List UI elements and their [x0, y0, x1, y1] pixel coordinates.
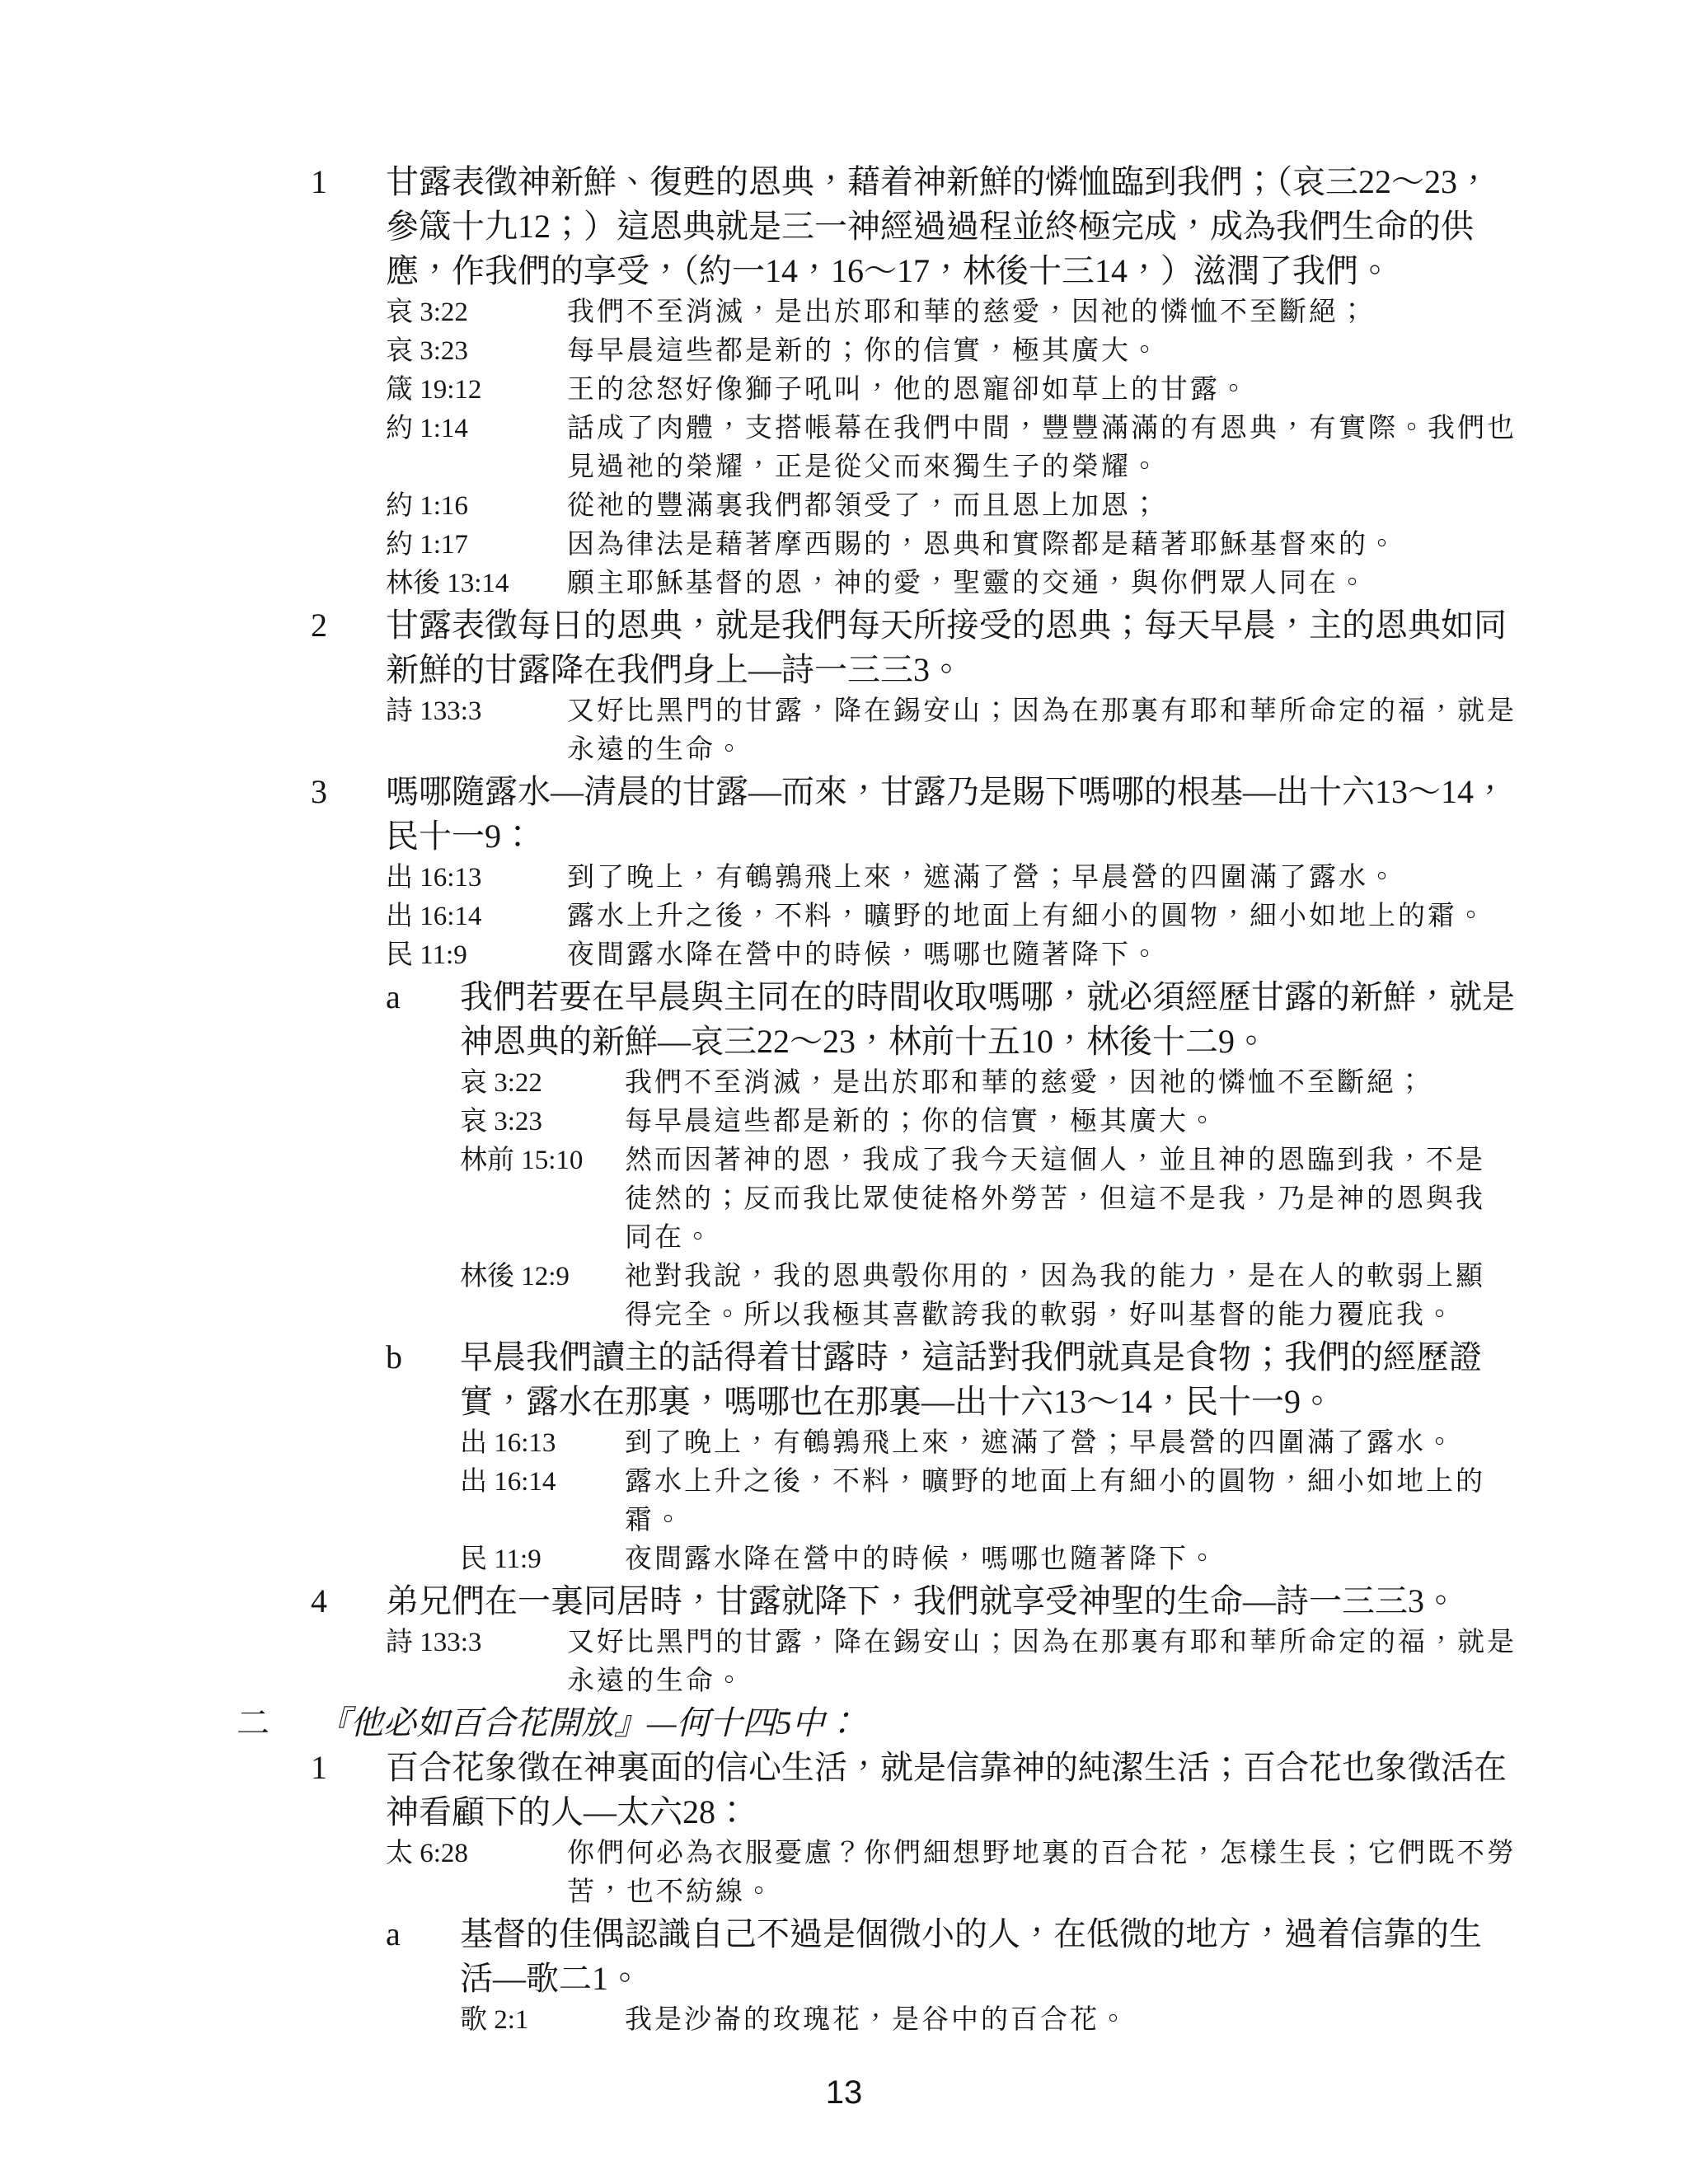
- verse-entry: 詩 133:3又好比黑門的甘露，降在錫安山；因為在那裏有耶和華所命定的福，就是永…: [0, 1624, 1688, 1701]
- text-line: 得完全。所以我極其喜歡誇我的軟弱，好叫基督的能力覆庇我。: [625, 1296, 1564, 1335]
- text-line: 神看顧下的人—太六28：: [386, 1790, 1564, 1835]
- text-line: 永遠的生命。: [567, 1662, 1564, 1701]
- verse-entry: 歌 2:1我是沙崙的玫瑰花，是谷中的百合花。: [0, 2001, 1688, 2040]
- text-line: 夜間露水降在營中的時候，嗎哪也隨著降下。: [567, 936, 1564, 975]
- verse-entry: 哀 3:22我們不至消滅，是出於耶和華的慈愛，因祂的憐恤不至斷絕；: [0, 1064, 1688, 1103]
- verse-entry: 哀 3:23每早晨這些都是新的；你的信實，極其廣大。: [0, 1103, 1688, 1141]
- verse-reference-label: 約 1:14: [386, 410, 468, 448]
- verse-reference-label: 哀 3:22: [386, 293, 468, 332]
- text-line: 每早晨這些都是新的；你的信實，極其廣大。: [625, 1103, 1564, 1141]
- text-line: 實，露水在那裏，嗎哪也在那裏—出十六13～14，民十一9。: [460, 1380, 1564, 1424]
- verse-entry: 出 16:13到了晚上，有鵪鶉飛上來，遮滿了營；早晨營的四圍滿了露水。: [0, 1424, 1688, 1463]
- verse-text: 然而因著神的恩，我成了我今天這個人，並且神的恩臨到我，不是徒然的；反而我比眾使徒…: [625, 1141, 1564, 1258]
- outline-item: 3嗎哪隨露水—清晨的甘露—而來，甘露乃是賜下嗎哪的根基—出十六13～14，民十一…: [0, 770, 1688, 859]
- verse-entry: 林後 13:14願主耶穌基督的恩，神的愛，聖靈的交通，與你們眾人同在。: [0, 565, 1688, 603]
- verse-reference-label: 歌 2:1: [460, 2001, 528, 2040]
- text-line: 又好比黑門的甘露，降在錫安山；因為在那裏有耶和華所命定的福，就是: [567, 692, 1564, 731]
- verse-text: 又好比黑門的甘露，降在錫安山；因為在那裏有耶和華所命定的福，就是永遠的生命。: [567, 692, 1564, 770]
- text-line: 從祂的豐滿裏我們都領受了，而且恩上加恩；: [567, 487, 1564, 526]
- verse-text: 露水上升之後，不料，曠野的地面上有細小的圓物，細小如地上的霜。: [625, 1463, 1564, 1540]
- verse-reference-label: 約 1:16: [386, 487, 468, 526]
- verse-reference-label: 哀 3:23: [386, 332, 468, 371]
- text-line: 同在。: [625, 1219, 1564, 1258]
- text-line: 話成了肉體，支搭帳幕在我們中間，豐豐滿滿的有恩典，有實際。我們也: [567, 410, 1564, 448]
- text-line: 見過祂的榮耀，正是從父而來獨生子的榮耀。: [567, 448, 1564, 487]
- verse-text: 願主耶穌基督的恩，神的愛，聖靈的交通，與你們眾人同在。: [567, 565, 1564, 603]
- text-line: 永遠的生命。: [567, 731, 1564, 770]
- verse-text: 每早晨這些都是新的；你的信實，極其廣大。: [567, 332, 1564, 371]
- verse-entry: 民 11:9夜間露水降在營中的時候，嗎哪也隨著降下。: [0, 936, 1688, 975]
- text-line: 甘露表徵每日的恩典，就是我們每天所接受的恩典；每天早晨，主的恩典如同: [386, 603, 1564, 648]
- text-line: 活—歌二1。: [460, 1957, 1564, 2001]
- text-line: 願主耶穌基督的恩，神的愛，聖靈的交通，與你們眾人同在。: [567, 565, 1564, 603]
- outline-item-text: 早晨我們讀主的話得着甘露時，這話對我們就真是食物；我們的經歷證實，露水在那裏，嗎…: [460, 1335, 1564, 1424]
- outline-item-marker: a: [386, 975, 401, 1019]
- text-line: 到了晚上，有鵪鶉飛上來，遮滿了營；早晨營的四圍滿了露水。: [567, 859, 1564, 898]
- verse-entry: 約 1:14話成了肉體，支搭帳幕在我們中間，豐豐滿滿的有恩典，有實際。我們也見過…: [0, 410, 1688, 487]
- verse-entry: 出 16:14露水上升之後，不料，曠野的地面上有細小的圓物，細小如地上的霜。: [0, 898, 1688, 936]
- verse-reference-label: 林後 13:14: [386, 565, 509, 603]
- verse-entry: 民 11:9夜間露水降在營中的時候，嗎哪也隨著降下。: [0, 1540, 1688, 1579]
- outline-item-text: 嗎哪隨露水—清晨的甘露—而來，甘露乃是賜下嗎哪的根基—出十六13～14，民十一9…: [386, 770, 1564, 859]
- text-line: 我們不至消滅，是出於耶和華的慈愛，因祂的憐恤不至斷絕；: [625, 1064, 1564, 1103]
- verse-reference-label: 出 16:14: [460, 1463, 556, 1502]
- verse-entry: 林前 15:10然而因著神的恩，我成了我今天這個人，並且神的恩臨到我，不是徒然的…: [0, 1141, 1688, 1258]
- outline-item-marker: 4: [311, 1579, 327, 1624]
- text-line: 你們何必為衣服憂慮？你們細想野地裏的百合花，怎樣生長；它們既不勞: [567, 1835, 1564, 1873]
- outline-item: a基督的佳偶認識自己不過是個微小的人，在低微的地方，過着信靠的生活—歌二1。: [0, 1912, 1688, 2001]
- outline-item-text: 弟兄們在一裏同居時，甘露就降下，我們就享受神聖的生命—詩一三三3。: [386, 1579, 1564, 1624]
- verse-text: 又好比黑門的甘露，降在錫安山；因為在那裏有耶和華所命定的福，就是永遠的生命。: [567, 1624, 1564, 1701]
- outline-item-marker: 1: [311, 1746, 327, 1790]
- text-line: 又好比黑門的甘露，降在錫安山；因為在那裏有耶和華所命定的福，就是: [567, 1624, 1564, 1662]
- verse-text: 到了晚上，有鵪鶉飛上來，遮滿了營；早晨營的四圍滿了露水。: [567, 859, 1564, 898]
- text-line: 霜。: [625, 1502, 1564, 1540]
- outline-item: 1甘露表徵神新鮮、復甦的恩典，藉着神新鮮的憐恤臨到我們；（哀三22～23，參箴十…: [0, 160, 1688, 293]
- verse-reference-label: 詩 133:3: [386, 692, 481, 731]
- outline-item-marker: 二: [237, 1701, 270, 1746]
- outline-item-marker: a: [386, 1912, 401, 1957]
- text-line: 應，作我們的享受，（約一14，16～17，林後十三14，）滋潤了我們。: [386, 249, 1564, 293]
- outline-item: 2甘露表徵每日的恩典，就是我們每天所接受的恩典；每天早晨，主的恩典如同新鮮的甘露…: [0, 603, 1688, 692]
- verse-entry: 哀 3:23每早晨這些都是新的；你的信實，極其廣大。: [0, 332, 1688, 371]
- outline-item: 1百合花象徵在神裏面的信心生活，就是信靠神的純潔生活；百合花也象徵活在神看顧下的…: [0, 1746, 1688, 1835]
- verse-entry: 出 16:14露水上升之後，不料，曠野的地面上有細小的圓物，細小如地上的霜。: [0, 1463, 1688, 1540]
- verse-reference-label: 出 16:13: [460, 1424, 556, 1463]
- verse-reference-label: 哀 3:23: [460, 1103, 542, 1141]
- outline-item: 4弟兄們在一裏同居時，甘露就降下，我們就享受神聖的生命—詩一三三3。: [0, 1579, 1688, 1624]
- outline-item-text: 『他必如百合花開放』—何十四5中：: [317, 1701, 1562, 1746]
- text-line: 因為律法是藉著摩西賜的，恩典和實際都是藉著耶穌基督來的。: [567, 526, 1564, 565]
- verse-text: 露水上升之後，不料，曠野的地面上有細小的圓物，細小如地上的霜。: [567, 898, 1564, 936]
- text-line: 每早晨這些都是新的；你的信實，極其廣大。: [567, 332, 1564, 371]
- verse-reference-label: 出 16:14: [386, 898, 481, 936]
- text-line: 早晨我們讀主的話得着甘露時，這話對我們就真是食物；我們的經歷證: [460, 1335, 1564, 1380]
- verse-entry: 哀 3:22我們不至消滅，是出於耶和華的慈愛，因祂的憐恤不至斷絕；: [0, 293, 1688, 332]
- verse-text: 祂對我說，我的恩典彀你用的，因為我的能力，是在人的軟弱上顯得完全。所以我極其喜歡…: [625, 1258, 1564, 1335]
- verse-text: 到了晚上，有鵪鶉飛上來，遮滿了營；早晨營的四圍滿了露水。: [625, 1424, 1564, 1463]
- text-line: 神恩典的新鮮—哀三22～23，林前十五10，林後十二9。: [460, 1019, 1564, 1064]
- text-line: 『他必如百合花開放』—何十四5中：: [317, 1701, 1562, 1746]
- verse-entry: 太 6:28你們何必為衣服憂慮？你們細想野地裏的百合花，怎樣生長；它們既不勞苦，…: [0, 1835, 1688, 1912]
- verse-reference-label: 民 11:9: [460, 1540, 542, 1579]
- text-line: 我們不至消滅，是出於耶和華的慈愛，因祂的憐恤不至斷絕；: [567, 293, 1564, 332]
- text-line: 夜間露水降在營中的時候，嗎哪也隨著降下。: [625, 1540, 1564, 1579]
- outline-item-marker: 3: [311, 770, 327, 814]
- text-line: 苦，也不紡線。: [567, 1873, 1564, 1912]
- verse-text: 我們不至消滅，是出於耶和華的慈愛，因祂的憐恤不至斷絕；: [567, 293, 1564, 332]
- verse-entry: 詩 133:3又好比黑門的甘露，降在錫安山；因為在那裏有耶和華所命定的福，就是永…: [0, 692, 1688, 770]
- verse-text: 王的忿怒好像獅子吼叫，他的恩寵卻如草上的甘露。: [567, 371, 1564, 410]
- verse-reference-label: 林前 15:10: [460, 1141, 583, 1180]
- verse-text: 每早晨這些都是新的；你的信實，極其廣大。: [625, 1103, 1564, 1141]
- outline: 1甘露表徵神新鮮、復甦的恩典，藉着神新鮮的憐恤臨到我們；（哀三22～23，參箴十…: [0, 160, 1688, 2040]
- text-line: 王的忿怒好像獅子吼叫，他的恩寵卻如草上的甘露。: [567, 371, 1564, 410]
- text-line: 然而因著神的恩，我成了我今天這個人，並且神的恩臨到我，不是: [625, 1141, 1564, 1180]
- verse-entry: 出 16:13到了晚上，有鵪鶉飛上來，遮滿了營；早晨營的四圍滿了露水。: [0, 859, 1688, 898]
- verse-reference-label: 出 16:13: [386, 859, 481, 898]
- verse-reference-label: 箴 19:12: [386, 371, 481, 410]
- verse-text: 我是沙崙的玫瑰花，是谷中的百合花。: [625, 2001, 1564, 2040]
- verse-text: 話成了肉體，支搭帳幕在我們中間，豐豐滿滿的有恩典，有實際。我們也見過祂的榮耀，正…: [567, 410, 1564, 487]
- text-line: 參箴十九12；）這恩典就是三一神經過過程並終極完成，成為我們生命的供: [386, 204, 1564, 249]
- text-line: 祂對我說，我的恩典彀你用的，因為我的能力，是在人的軟弱上顯: [625, 1258, 1564, 1296]
- verse-text: 從祂的豐滿裏我們都領受了，而且恩上加恩；: [567, 487, 1564, 526]
- text-line: 民十一9：: [386, 814, 1564, 859]
- outline-item-marker: 1: [311, 160, 327, 204]
- outline-item-text: 甘露表徵每日的恩典，就是我們每天所接受的恩典；每天早晨，主的恩典如同新鮮的甘露降…: [386, 603, 1564, 692]
- verse-text: 因為律法是藉著摩西賜的，恩典和實際都是藉著耶穌基督來的。: [567, 526, 1564, 565]
- verse-entry: 箴 19:12王的忿怒好像獅子吼叫，他的恩寵卻如草上的甘露。: [0, 371, 1688, 410]
- outline-item-text: 基督的佳偶認識自己不過是個微小的人，在低微的地方，過着信靠的生活—歌二1。: [460, 1912, 1564, 2001]
- verse-entry: 約 1:17因為律法是藉著摩西賜的，恩典和實際都是藉著耶穌基督來的。: [0, 526, 1688, 565]
- verse-reference-label: 哀 3:22: [460, 1064, 542, 1103]
- outline-item-text: 百合花象徵在神裏面的信心生活，就是信靠神的純潔生活；百合花也象徵活在神看顧下的人…: [386, 1746, 1564, 1835]
- verse-reference-label: 林後 12:9: [460, 1258, 570, 1296]
- verse-text: 你們何必為衣服憂慮？你們細想野地裏的百合花，怎樣生長；它們既不勞苦，也不紡線。: [567, 1835, 1564, 1912]
- outline-item: b早晨我們讀主的話得着甘露時，這話對我們就真是食物；我們的經歷證實，露水在那裏，…: [0, 1335, 1688, 1424]
- text-line: 百合花象徵在神裏面的信心生活，就是信靠神的純潔生活；百合花也象徵活在: [386, 1746, 1564, 1790]
- text-line: 露水上升之後，不料，曠野的地面上有細小的圓物，細小如地上的霜。: [567, 898, 1564, 936]
- verse-entry: 林後 12:9祂對我說，我的恩典彀你用的，因為我的能力，是在人的軟弱上顯得完全。…: [0, 1258, 1688, 1335]
- text-line: 徒然的；反而我比眾使徒格外勞苦，但這不是我，乃是神的恩與我: [625, 1180, 1564, 1219]
- text-line: 我們若要在早晨與主同在的時間收取嗎哪，就必須經歷甘露的新鮮，就是: [460, 975, 1564, 1019]
- verse-entry: 約 1:16從祂的豐滿裏我們都領受了，而且恩上加恩；: [0, 487, 1688, 526]
- outline-item-marker: b: [386, 1335, 402, 1380]
- verse-text: 我們不至消滅，是出於耶和華的慈愛，因祂的憐恤不至斷絕；: [625, 1064, 1564, 1103]
- text-line: 甘露表徵神新鮮、復甦的恩典，藉着神新鮮的憐恤臨到我們；（哀三22～23，: [386, 160, 1564, 204]
- verse-reference-label: 太 6:28: [386, 1835, 468, 1873]
- text-line: 我是沙崙的玫瑰花，是谷中的百合花。: [625, 2001, 1564, 2040]
- verse-reference-label: 約 1:17: [386, 526, 468, 565]
- text-line: 嗎哪隨露水—清晨的甘露—而來，甘露乃是賜下嗎哪的根基—出十六13～14，: [386, 770, 1564, 814]
- page-number: 13: [0, 2074, 1688, 2111]
- outline-item-marker: 2: [311, 603, 327, 648]
- verse-text: 夜間露水降在營中的時候，嗎哪也隨著降下。: [625, 1540, 1564, 1579]
- text-line: 露水上升之後，不料，曠野的地面上有細小的圓物，細小如地上的: [625, 1463, 1564, 1502]
- text-line: 基督的佳偶認識自己不過是個微小的人，在低微的地方，過着信靠的生: [460, 1912, 1564, 1957]
- outline-item: a我們若要在早晨與主同在的時間收取嗎哪，就必須經歷甘露的新鮮，就是神恩典的新鮮—…: [0, 975, 1688, 1064]
- outline-item-text: 我們若要在早晨與主同在的時間收取嗎哪，就必須經歷甘露的新鮮，就是神恩典的新鮮—哀…: [460, 975, 1564, 1064]
- verse-reference-label: 詩 133:3: [386, 1624, 481, 1662]
- outline-item-text: 甘露表徵神新鮮、復甦的恩典，藉着神新鮮的憐恤臨到我們；（哀三22～23，參箴十九…: [386, 160, 1564, 293]
- verse-text: 夜間露水降在營中的時候，嗎哪也隨著降下。: [567, 936, 1564, 975]
- verse-reference-label: 民 11:9: [386, 936, 467, 975]
- document-page: 1甘露表徵神新鮮、復甦的恩典，藉着神新鮮的憐恤臨到我們；（哀三22～23，參箴十…: [0, 0, 1688, 2184]
- text-line: 到了晚上，有鵪鶉飛上來，遮滿了營；早晨營的四圍滿了露水。: [625, 1424, 1564, 1463]
- text-line: 弟兄們在一裏同居時，甘露就降下，我們就享受神聖的生命—詩一三三3。: [386, 1579, 1564, 1624]
- text-line: 新鮮的甘露降在我們身上—詩一三三3。: [386, 648, 1564, 692]
- outline-item: 二『他必如百合花開放』—何十四5中：: [0, 1701, 1688, 1746]
